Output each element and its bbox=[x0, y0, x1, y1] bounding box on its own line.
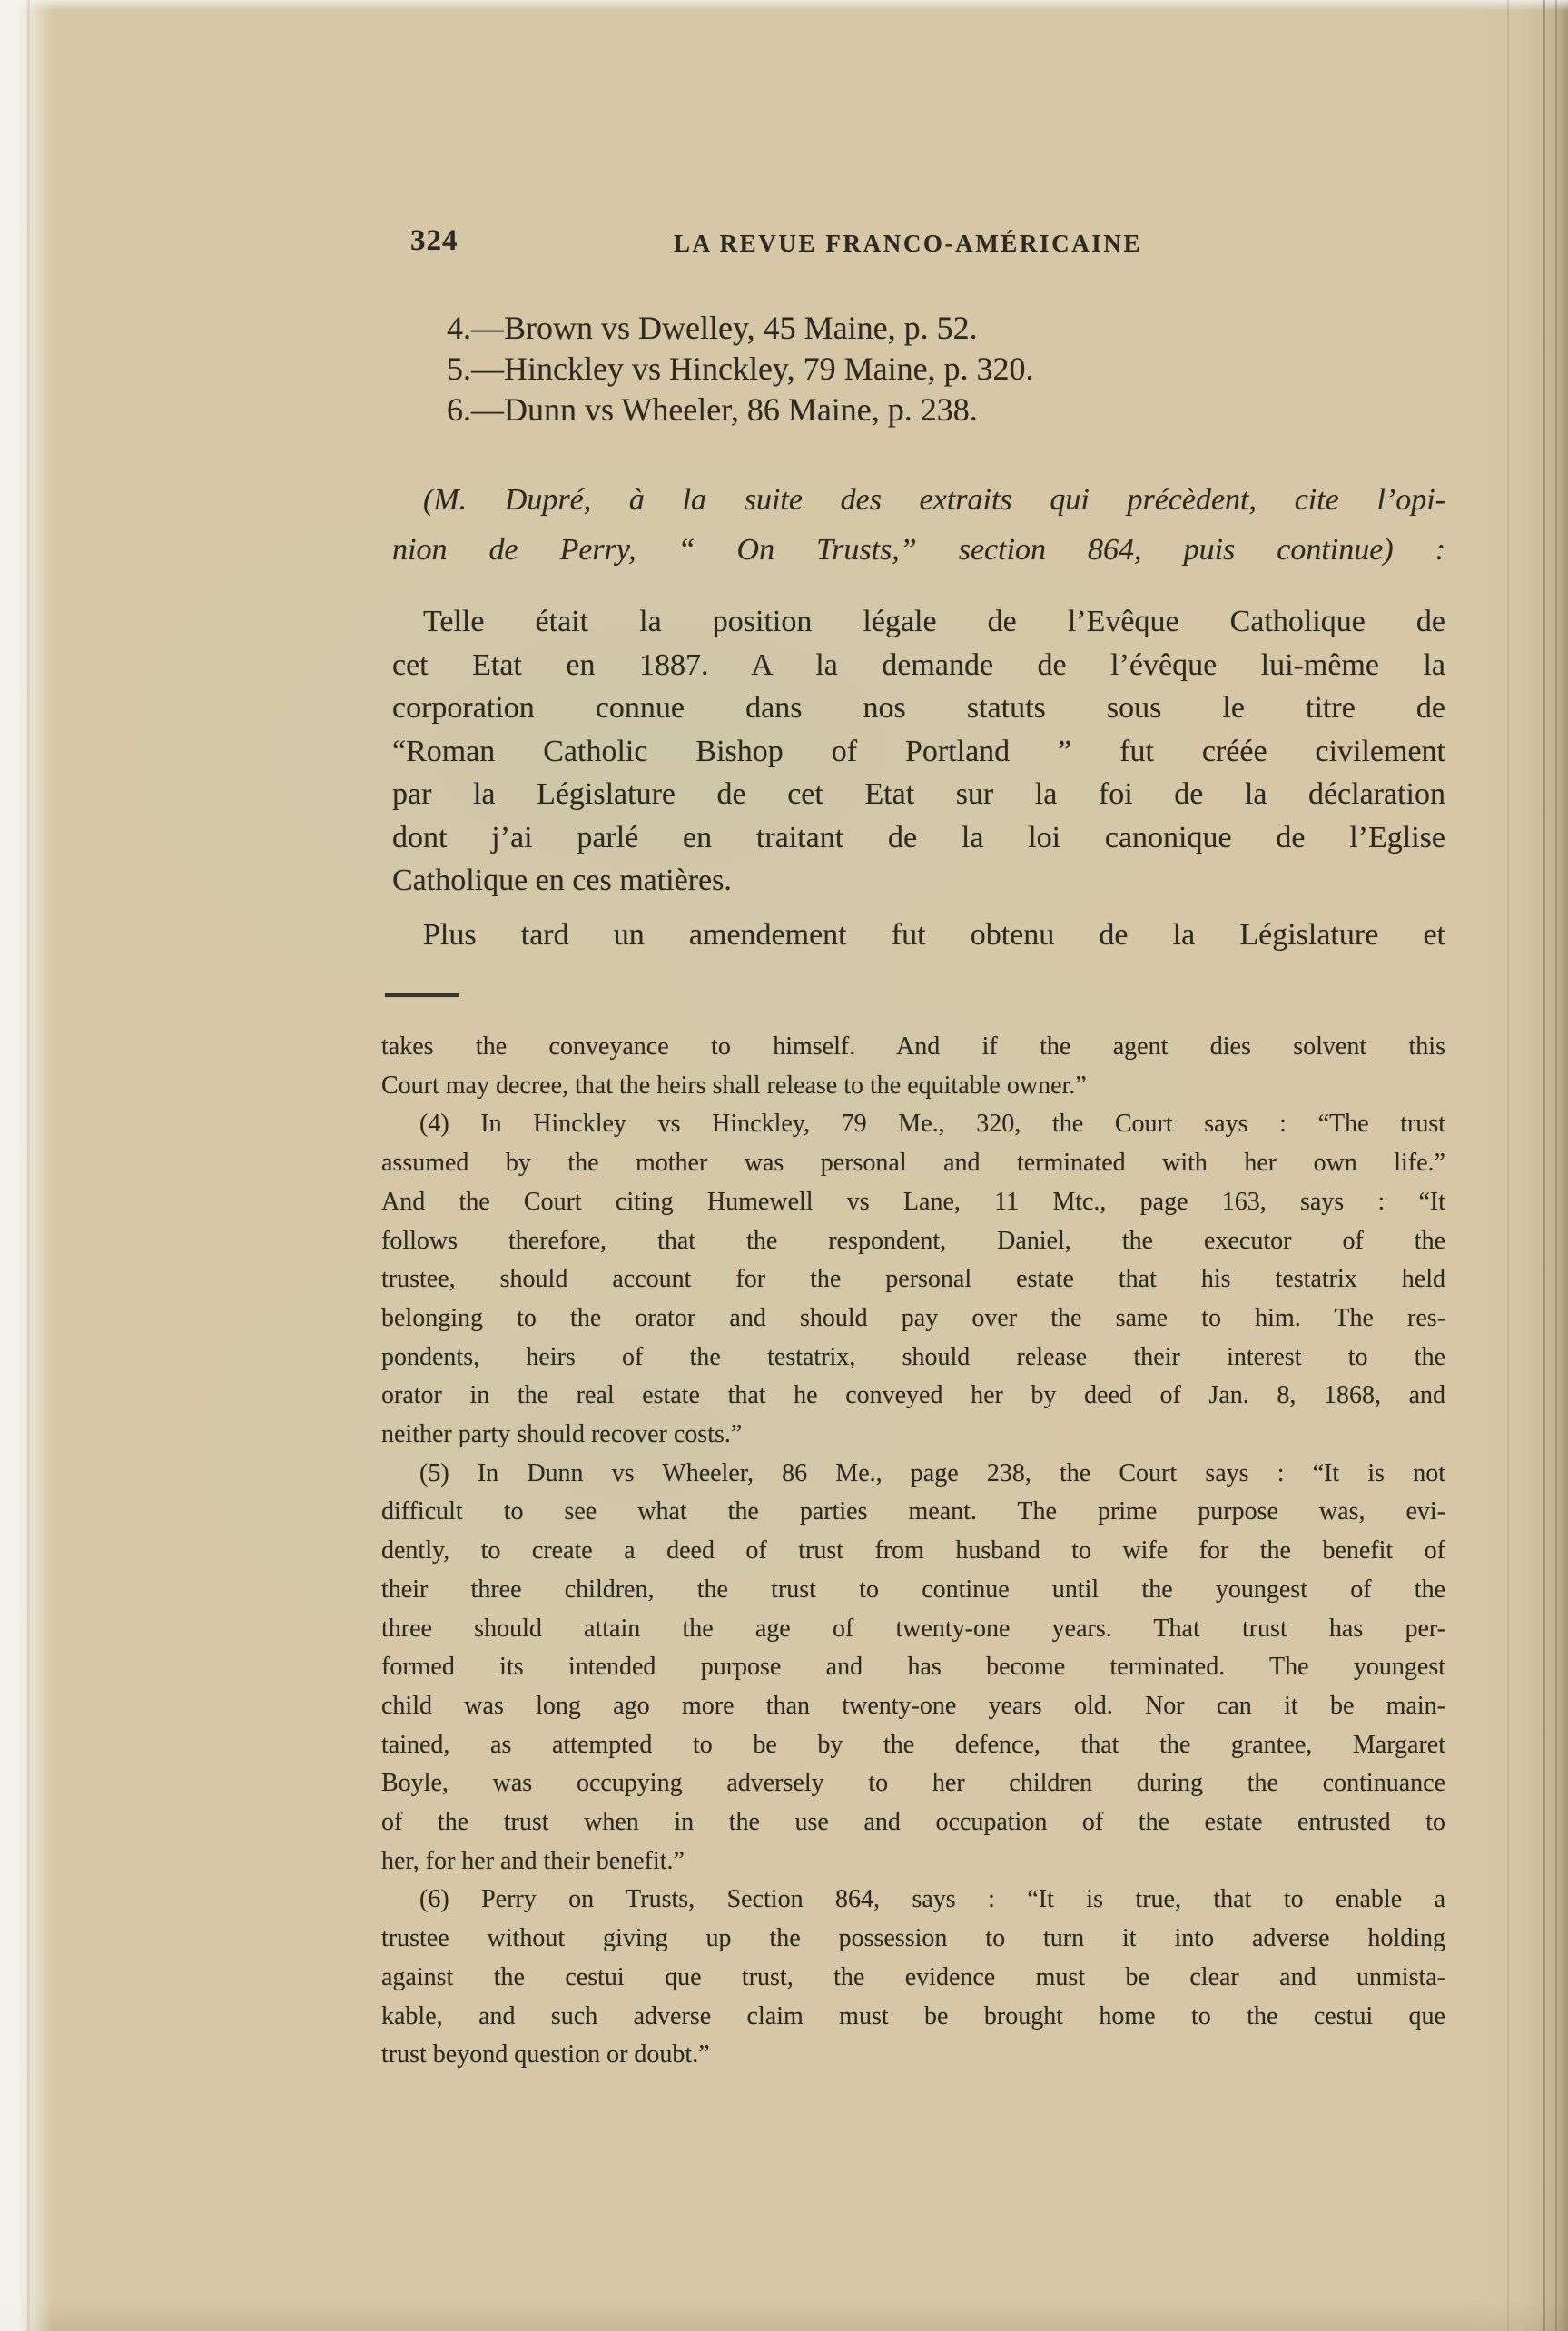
text-line: (5) In Dunn vs Wheeler, 86 Me., page 238… bbox=[381, 1455, 1445, 1494]
text-line: dently, to create a deed of trust from h… bbox=[381, 1532, 1445, 1571]
text-line: child was long ago more than twenty-one … bbox=[381, 1687, 1445, 1726]
text-line: of the trust when in the use and occupat… bbox=[381, 1803, 1445, 1842]
text-line: Catholique en ces matières. bbox=[392, 859, 1445, 903]
text-line: (6) Perry on Trusts, Section 864, says :… bbox=[381, 1881, 1445, 1920]
text-line: dont j’ai parlé en traitant de la loi ca… bbox=[392, 816, 1445, 860]
text-line: against the cestui que trust, the eviden… bbox=[381, 1959, 1445, 1998]
text-line: tained, as attempted to be by the defenc… bbox=[381, 1726, 1445, 1765]
text-line: “Roman Catholic Bishop of Portland ” fut… bbox=[392, 730, 1445, 774]
text-line: their three children, the trust to conti… bbox=[381, 1571, 1445, 1610]
footnote-separator-rule bbox=[385, 993, 459, 997]
page-stack-edge-line bbox=[1555, 0, 1557, 2331]
text-line: cet Etat en 1887. A la demande de l’évêq… bbox=[392, 644, 1445, 687]
text-line: (4) In Hinckley vs Hinckley, 79 Me., 320… bbox=[381, 1105, 1445, 1144]
text-line: 4.—Brown vs Dwelley, 45 Maine, p. 52. bbox=[447, 308, 1445, 349]
text-line: trust beyond question or doubt.” bbox=[381, 2036, 1445, 2075]
text-line: (M. Dupré, à la suite des extraits qui p… bbox=[392, 475, 1445, 525]
text-line: follows therefore, that the respondent, … bbox=[381, 1222, 1445, 1261]
page-number: 324 bbox=[410, 224, 459, 258]
footnote-paragraph-4: (4) In Hinckley vs Hinckley, 79 Me., 320… bbox=[381, 1105, 1445, 1454]
footnote-block: takes the conveyance to himself. And if … bbox=[381, 1028, 1445, 2075]
text-line: belonging to the orator and should pay o… bbox=[381, 1299, 1445, 1338]
page-edge-crease bbox=[1507, 0, 1509, 2331]
text-line: Boyle, was occupying adversely to her ch… bbox=[381, 1764, 1445, 1803]
footnote-paragraph-continued: takes the conveyance to himself. And if … bbox=[381, 1028, 1445, 1105]
text-line: 5.—Hinckley vs Hinckley, 79 Maine, p. 32… bbox=[447, 349, 1445, 390]
text-line: And the Court citing Humewell vs Lane, 1… bbox=[381, 1183, 1445, 1222]
text-line: par la Législature de cet Etat sur la fo… bbox=[392, 773, 1445, 816]
text-line: formed its intended purpose and has beco… bbox=[381, 1648, 1445, 1687]
text-line: corporation connue dans nos statuts sous… bbox=[392, 686, 1445, 730]
body-paragraph-2: Plus tard un amendement fut obtenu de la… bbox=[392, 914, 1445, 957]
footnote-paragraph-5: (5) In Dunn vs Wheeler, 86 Me., page 238… bbox=[381, 1455, 1445, 1882]
footnote-paragraph-6: (6) Perry on Trusts, Section 864, says :… bbox=[381, 1881, 1445, 2075]
text-line: assumed by the mother was personal and t… bbox=[381, 1144, 1445, 1183]
text-line: three should attain the age of twenty-on… bbox=[381, 1610, 1445, 1649]
case-citation-list: 4.—Brown vs Dwelley, 45 Maine, p. 52.5.—… bbox=[447, 308, 1445, 430]
page-stack-edge-line bbox=[1543, 0, 1545, 2331]
text-line: Court may decree, that the heirs shall r… bbox=[381, 1067, 1445, 1106]
text-line: trustee, should account for the personal… bbox=[381, 1260, 1445, 1299]
text-line: nion de Perry, “ On Trusts,” section 864… bbox=[392, 525, 1445, 575]
text-line: takes the conveyance to himself. And if … bbox=[381, 1028, 1445, 1067]
text-line: pondents, heirs of the testatrix, should… bbox=[381, 1338, 1445, 1378]
text-line: Telle était la position légale de l’Evêq… bbox=[392, 600, 1445, 644]
text-line: her, for her and their benefit.” bbox=[381, 1842, 1445, 1882]
journal-title: LA REVUE FRANCO-AMÉRICAINE bbox=[674, 230, 1142, 258]
page-gutter-shadow bbox=[27, 0, 30, 2331]
text-line: kable, and such adverse claim must be br… bbox=[381, 1998, 1445, 2037]
editorial-note-italic: (M. Dupré, à la suite des extraits qui p… bbox=[392, 475, 1445, 575]
body-paragraph-1: Telle était la position légale de l’Evêq… bbox=[392, 600, 1445, 903]
text-line: orator in the real estate that he convey… bbox=[381, 1377, 1445, 1416]
text-line: Plus tard un amendement fut obtenu de la… bbox=[392, 914, 1445, 957]
text-line: neither party should recover costs.” bbox=[381, 1416, 1445, 1455]
text-line: difficult to see what the parties meant.… bbox=[381, 1493, 1445, 1532]
text-line: trustee without giving up the possession… bbox=[381, 1920, 1445, 1959]
scanned-book-page: 324 LA REVUE FRANCO-AMÉRICAINE 4.—Brown … bbox=[0, 0, 1568, 2331]
text-line: 6.—Dunn vs Wheeler, 86 Maine, p. 238. bbox=[447, 390, 1445, 430]
